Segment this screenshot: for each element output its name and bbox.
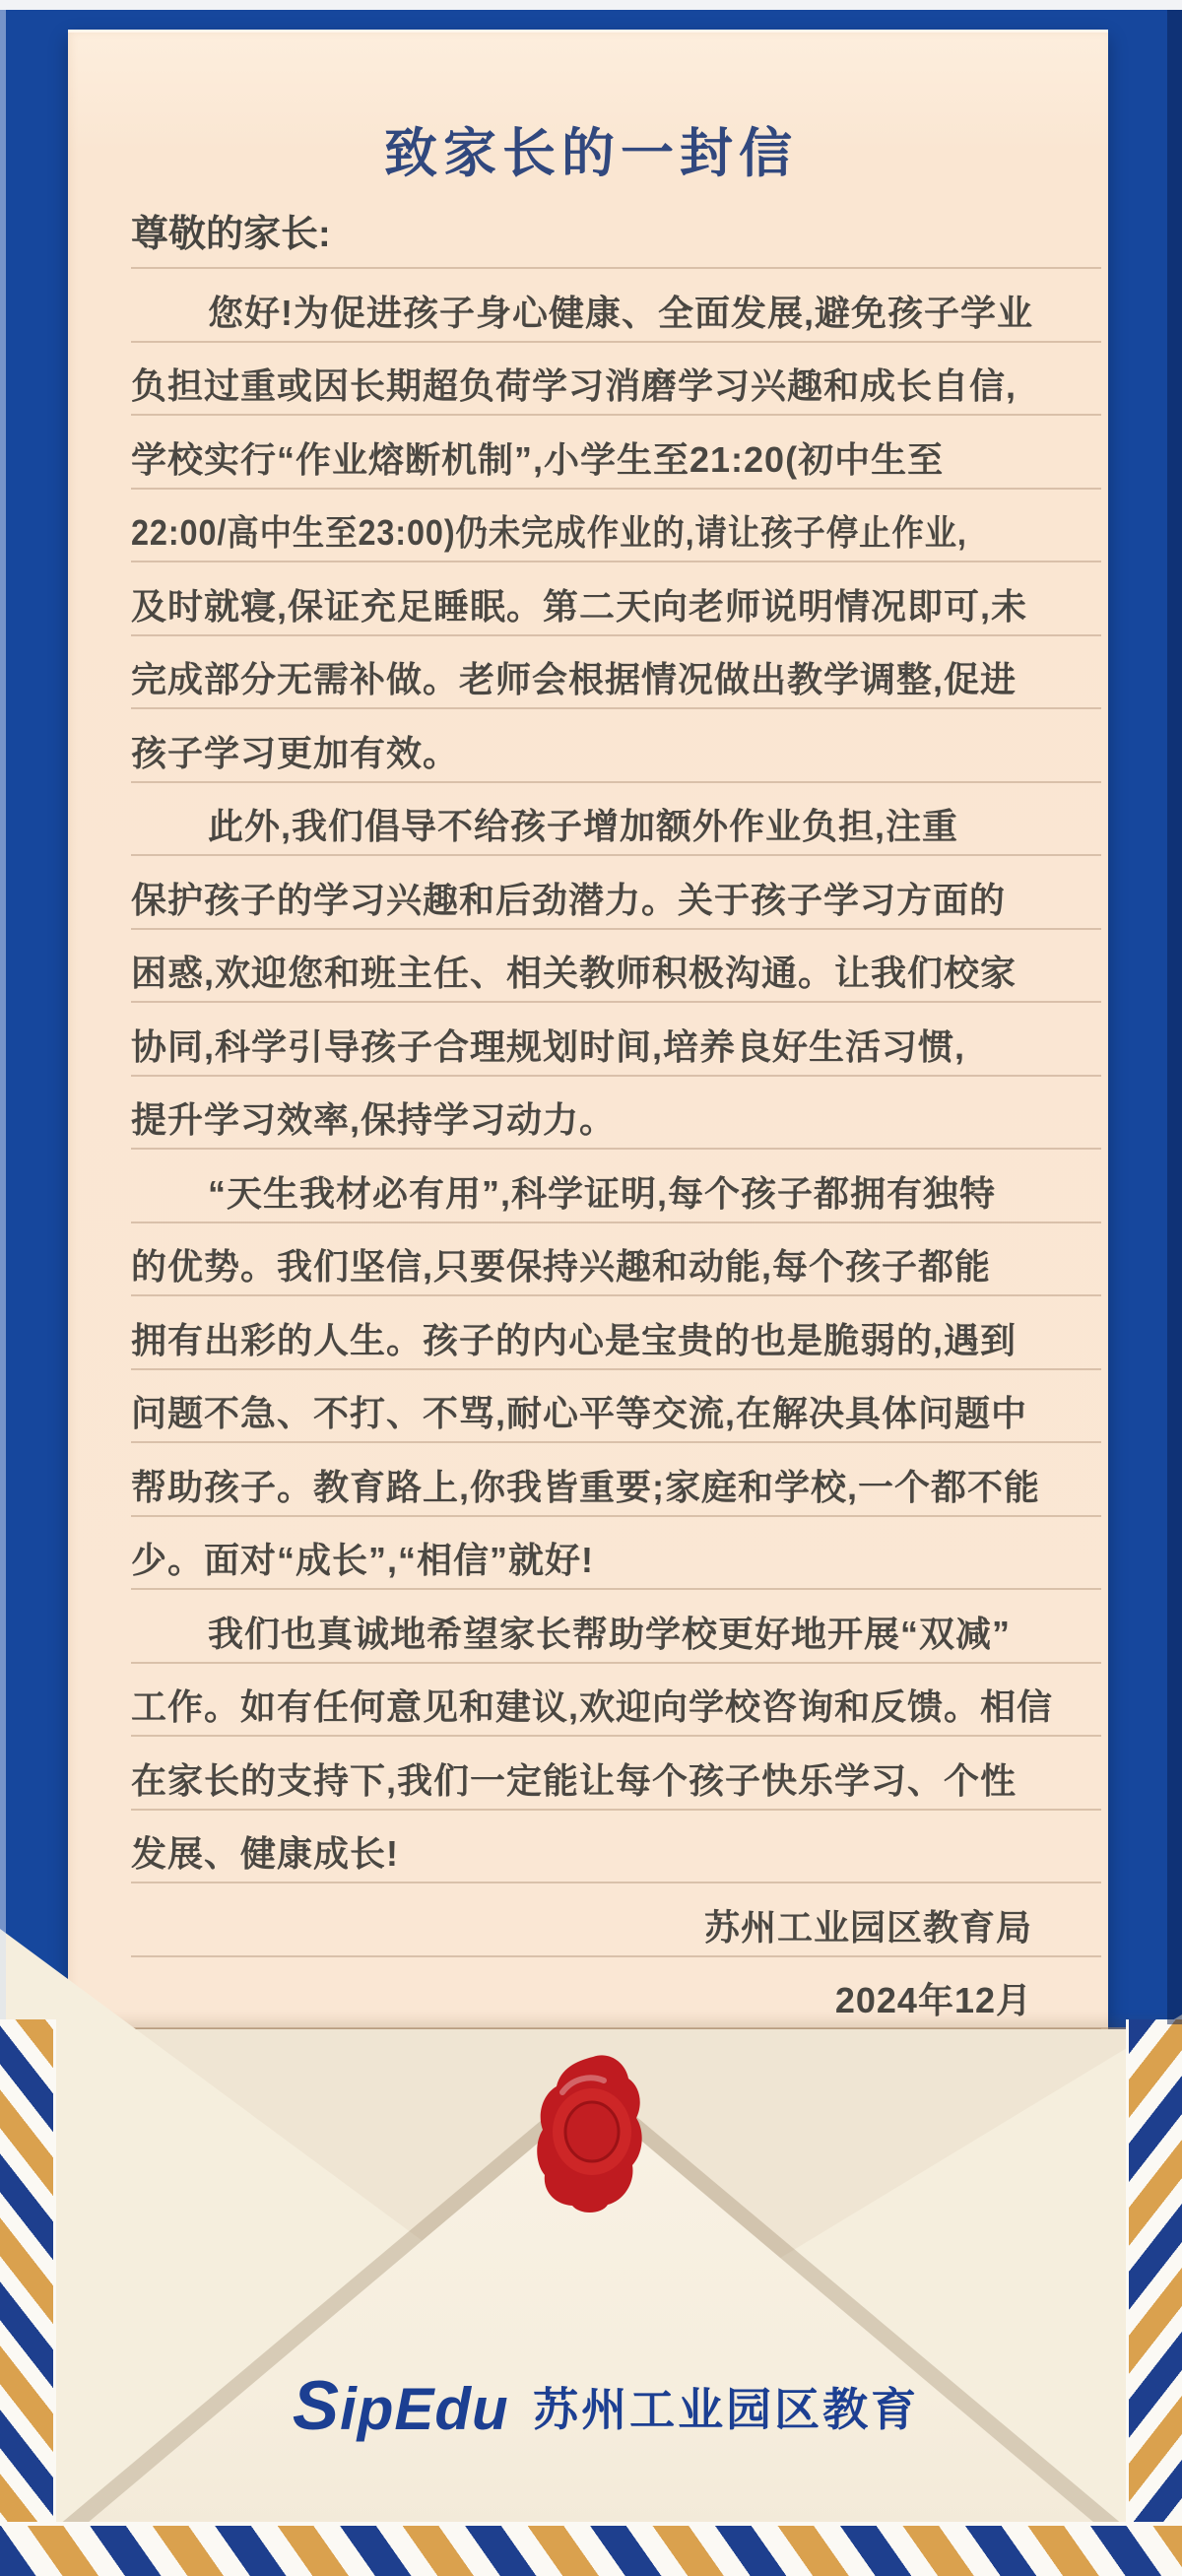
salutation: 尊敬的家长: xyxy=(131,185,1101,269)
letter-line: 困惑,欢迎您和班主任、相关教师积极沟通。让我们校家 xyxy=(131,930,1101,1004)
letter-line: 负担过重或因长期超负荷学习消磨学习兴趣和成长自信, xyxy=(131,343,1101,417)
letter-line: 学校实行“作业熔断机制”,小学生至21:20(初中生至 xyxy=(131,416,1101,490)
left-edge-strip xyxy=(0,10,6,2019)
letter-line: 完成部分无需补做。老师会根据情况做出教学调整,促进 xyxy=(131,636,1101,710)
letter-body: 尊敬的家长: 您好!为促进孩子身心健康、全面发展,避免孩子学业 负担过重或因长期… xyxy=(131,185,1101,2039)
top-edge-strip xyxy=(0,0,1182,10)
letter-poster: 致家长的一封信 尊敬的家长: 您好!为促进孩子身心健康、全面发展,避免孩子学业 … xyxy=(0,0,1182,2576)
letter-line: “天生我材必有用”,科学证明,每个孩子都拥有独特 xyxy=(131,1150,1101,1223)
letter-line: 22:00/高中生至23:00)仍未完成作业的,请让孩子停止作业, xyxy=(131,490,1101,563)
letter-line: 问题不急、不打、不骂,耐心平等交流,在解决具体问题中 xyxy=(131,1370,1101,1444)
right-edge-shadow xyxy=(1167,10,1182,2024)
letter-line: 帮助孩子。教育路上,你我皆重要;家庭和学校,一个都不能 xyxy=(131,1443,1101,1517)
stripe-border-left xyxy=(0,2019,56,2576)
letter-line: 发展、健康成长! xyxy=(131,1811,1101,1884)
letter-line: 协同,科学引导孩子合理规划时间,培养良好生活习惯, xyxy=(131,1003,1101,1077)
logo-latin: SipEdu xyxy=(293,2376,509,2442)
brand-logo: SipEdu 苏州工业园区教育 xyxy=(0,2366,1182,2446)
letter-line: 工作。如有任何意见和建议,欢迎向学校咨询和反馈。相信 xyxy=(131,1664,1101,1738)
letter-line: 此外,我们倡导不给孩子增加额外作业负担,注重 xyxy=(131,783,1101,857)
letter-line: 少。面对“成长”,“相信”就好! xyxy=(131,1517,1101,1591)
letter-line: 及时就寝,保证充足睡眠。第二天向老师说明情况即可,未 xyxy=(131,562,1101,636)
letter-line: 我们也真诚地希望家长帮助学校更好地开展“双减” xyxy=(131,1590,1101,1664)
letter-line: 提升学习效率,保持学习动力。 xyxy=(131,1077,1101,1151)
letter-paper: 致家长的一封信 尊敬的家长: 您好!为促进孩子身心健康、全面发展,避免孩子学业 … xyxy=(68,30,1108,2039)
letter-title: 致家长的一封信 xyxy=(68,111,1108,187)
letter-line: 拥有出彩的人生。孩子的内心是宝贵的也是脆弱的,遇到 xyxy=(131,1296,1101,1370)
stripe-border-bottom xyxy=(0,2522,1182,2576)
letter-line: 在家长的支持下,我们一定能让每个孩子快乐学习、个性 xyxy=(131,1737,1101,1811)
letter-line: 保护孩子的学习兴趣和后劲潜力。关于孩子学习方面的 xyxy=(131,856,1101,930)
letter-line: 的优势。我们坚信,只要保持兴趣和动能,每个孩子都能 xyxy=(131,1223,1101,1297)
envelope: SipEdu 苏州工业园区教育 xyxy=(0,1921,1182,2576)
logo-chinese: 苏州工业园区教育 xyxy=(533,2384,919,2435)
stripe-border-right xyxy=(1126,2019,1182,2576)
letter-line: 孩子学习更加有效。 xyxy=(131,709,1101,783)
wax-seal-icon xyxy=(533,2051,653,2216)
letter-line: 您好!为促进孩子身心健康、全面发展,避免孩子学业 xyxy=(131,269,1101,343)
